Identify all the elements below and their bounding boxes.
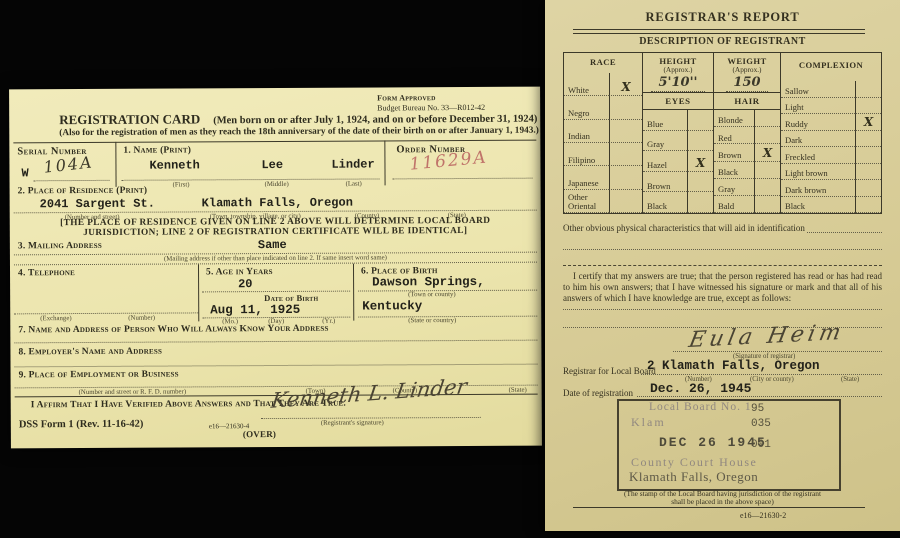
hair-color-row: Bald — [714, 196, 780, 213]
complexion-row: Light — [781, 98, 881, 115]
complexion-checkbox — [855, 147, 881, 164]
eye-color-row: HazelX — [643, 151, 713, 172]
eye-checkbox: X — [687, 151, 713, 172]
weight-header: WEIGHT — [714, 53, 780, 65]
date-of-birth-label: Date of Birth — [264, 293, 318, 303]
hair-color-row: Red — [714, 127, 780, 144]
race-row: Other Oriental — [564, 190, 642, 213]
hair-checkbox — [754, 179, 780, 196]
dotted-rule — [563, 249, 882, 250]
hair-checkbox — [754, 127, 780, 144]
complexion-rows: Sallow Light RuddyX Dark Freckled Light … — [781, 81, 881, 213]
stamp-board-line: Local Board No. 1 — [649, 401, 752, 413]
complexion-row: Freckled — [781, 147, 881, 164]
stamp-city-fragment: Klam — [631, 415, 666, 430]
birth-town-value: Dawson Springs, — [372, 275, 485, 290]
race-checkbox: X — [609, 73, 642, 96]
hair-color-label: Blonde — [714, 110, 754, 127]
name-first-value: Kenneth — [149, 158, 199, 172]
complexion-checkbox — [855, 197, 881, 214]
complexion-row: Light brown — [781, 164, 881, 181]
complexion-label: Dark — [781, 131, 855, 148]
race-row: WhiteX — [564, 73, 642, 96]
eye-color-label: Hazel — [643, 151, 687, 172]
complexion-checkbox: X — [855, 114, 881, 131]
caption-middle: (Middle) — [265, 181, 289, 188]
hair-checkbox: X — [754, 144, 780, 161]
dotted-rule — [34, 180, 110, 181]
over-note: (OVER) — [243, 429, 276, 439]
check-mark: X — [763, 146, 772, 161]
dotted-rule — [563, 309, 882, 310]
stamp-city-line: Klamath Falls, Oregon — [629, 469, 758, 485]
complexion-label: Freckled — [781, 147, 855, 164]
other-characteristics-row: Other obvious physical characteristics t… — [563, 223, 882, 233]
eye-checkbox — [687, 192, 713, 213]
race-label: Japanese — [564, 166, 609, 189]
residence-label: 2. Place of Residence (Print) — [18, 186, 148, 197]
complexion-checkbox — [855, 180, 881, 197]
hair-color-label: Black — [714, 162, 754, 179]
caption-registrant-signature: (Registrant's signature) — [321, 419, 384, 426]
weight-approx-label: (Approx.) — [714, 65, 780, 74]
employer-label: 8. Employer's Name and Address — [18, 347, 162, 358]
eye-checkbox — [687, 110, 713, 131]
hair-color-label: Brown — [714, 144, 754, 161]
eye-checkbox — [687, 131, 713, 152]
form-id: DSS Form 1 (Rev. 11-16-42) — [19, 419, 144, 431]
caption-first: (First) — [173, 181, 190, 188]
description-table: RACE WhiteX Negro Indian Filipino Japane… — [563, 52, 882, 214]
caption-town-county: (Town or county) — [408, 291, 456, 298]
height-value: 5'10'' — [651, 75, 704, 92]
dotted-rule — [393, 178, 533, 180]
dotted-rule — [14, 312, 198, 314]
age-value: 20 — [238, 277, 252, 291]
dotted-rule — [122, 178, 380, 180]
hair-color-label: Red — [714, 127, 754, 144]
dashed-rule — [563, 265, 882, 266]
dotted-rule — [15, 364, 538, 368]
stamp-caption-line2: shall be placed in the above space) — [563, 497, 882, 506]
caption-exchange: (Exchange) — [40, 315, 71, 322]
divider — [115, 142, 116, 187]
hair-color-row: Black — [714, 162, 780, 179]
other-characteristics-label: Other obvious physical characteristics t… — [563, 223, 805, 233]
double-rule — [573, 29, 865, 34]
hair-checkbox — [754, 196, 780, 213]
eye-color-label: Black — [643, 192, 687, 213]
jurisdiction-note-line2: JURISDICTION; LINE 2 OF REGISTRATION CER… — [10, 226, 541, 239]
complexion-header: COMPLEXION — [781, 53, 881, 81]
eye-color-row: Brown — [643, 172, 713, 193]
complexion-checkbox — [855, 164, 881, 181]
caption-state-country: (State or country) — [408, 317, 456, 324]
complexion-row: Dark — [781, 131, 881, 148]
check-mark: X — [696, 156, 705, 171]
dotted-rule — [673, 351, 882, 352]
hair-color-row: BrownX — [714, 144, 780, 161]
certification-text: I certify that my answers are true; that… — [563, 271, 882, 304]
local-board-stamp: Local Board No. 1 95 Klam 035 DEC 26 194… — [617, 399, 841, 491]
registrant-signature: Kenneth L. Linder — [270, 374, 469, 412]
complexion-checkbox — [855, 98, 881, 115]
card-subtitle: (Also for the registration of men as the… — [59, 126, 539, 139]
race-column: RACE WhiteX Negro Indian Filipino Japane… — [564, 53, 642, 213]
hair-color-row: Gray — [714, 179, 780, 196]
residence-city-value: Klamath Falls, Oregon — [202, 196, 353, 211]
race-header: RACE — [564, 53, 642, 73]
hair-rows: Blonde Red BrownX Black Gray Bald — [714, 110, 780, 213]
complexion-label: Light — [781, 98, 855, 115]
mailing-address-label: 3. Mailing Address — [18, 241, 102, 251]
eyes-rows: Blue Gray HazelX Brown Black — [643, 110, 713, 213]
dotted-rule — [641, 374, 882, 375]
race-label: Other Oriental — [564, 190, 609, 213]
mailing-address-value: Same — [258, 238, 287, 252]
eye-color-row: Black — [643, 192, 713, 213]
registrar-signature: Eula Heim — [687, 320, 847, 353]
dotted-rule — [637, 396, 882, 397]
divider — [353, 264, 354, 321]
name-label: 1. Name (Print) — [123, 145, 191, 155]
eye-color-label: Blue — [643, 110, 687, 131]
birth-state-value: Kentucky — [362, 299, 422, 313]
name-middle-value: Lee — [261, 158, 283, 172]
divider — [198, 264, 199, 321]
height-header: HEIGHT — [643, 53, 713, 65]
stamp-number-1: 95 — [751, 403, 764, 415]
date-of-registration-value: Dec. 26, 1945 — [650, 381, 751, 396]
hair-color-label: Gray — [714, 179, 754, 196]
complexion-column: COMPLEXION Sallow Light RuddyX Dark Frec… — [780, 53, 881, 213]
dotted-rule — [807, 232, 882, 233]
date-of-birth-value: Aug 11, 1925 — [210, 303, 300, 317]
complexion-label: Light brown — [781, 164, 855, 181]
hair-checkbox — [754, 162, 780, 179]
complexion-label: Dark brown — [781, 180, 855, 197]
contact-person-label: 7. Name and Address of Person Who Will A… — [18, 324, 328, 336]
stamp-number-2: 035 — [751, 418, 771, 430]
card-title: REGISTRATION CARD — [59, 111, 200, 127]
weight-value-cell: 150 — [714, 74, 780, 93]
hair-header: HAIR — [714, 93, 780, 110]
eyes-column: HEIGHT (Approx.) 5'10'' EYES Blue Gray H… — [642, 53, 713, 213]
eye-color-label: Brown — [643, 172, 687, 193]
scanned-draft-cards: Form Approved Budget Bureau No. 33—R012-… — [0, 0, 900, 538]
eye-checkbox — [687, 172, 713, 193]
height-approx-label: (Approx.) — [643, 65, 713, 74]
race-row: Filipino — [564, 143, 642, 166]
stamp-number-3: 001 — [751, 439, 771, 451]
residence-street-value: 2041 Sargent St. — [40, 197, 155, 212]
race-checkbox — [609, 120, 642, 143]
hair-color-row: Blonde — [714, 110, 780, 127]
caption-lb-city: (City or county) — [750, 376, 794, 383]
race-label: Indian — [564, 120, 609, 143]
rule — [573, 507, 865, 508]
race-row: Negro — [564, 96, 642, 119]
race-row: Japanese — [564, 166, 642, 189]
hair-checkbox — [754, 110, 780, 127]
dotted-rule — [14, 340, 537, 344]
race-checkbox — [609, 166, 642, 189]
caption-lb-state: (State) — [841, 376, 859, 383]
weight-value: 150 — [726, 75, 767, 92]
telephone-label: 4. Telephone — [18, 268, 75, 278]
race-checkbox — [609, 143, 642, 166]
caption-last: (Last) — [346, 181, 362, 188]
caption-number: (Number) — [128, 315, 155, 322]
local-board-value: 2 Klamath Falls, Oregon — [647, 359, 820, 373]
race-label: White — [564, 73, 609, 96]
race-label: Negro — [564, 96, 609, 119]
stamp-courthouse-line: County Court House — [631, 455, 757, 470]
complexion-checkbox — [855, 131, 881, 148]
eyes-header: EYES — [643, 93, 713, 110]
eye-color-label: Gray — [643, 131, 687, 152]
complexion-label: Ruddy — [781, 114, 855, 131]
complexion-row: Dark brown — [781, 180, 881, 197]
serial-prefix: W — [21, 166, 28, 180]
complexion-row: Black — [781, 197, 881, 214]
race-label: Filipino — [564, 143, 609, 166]
eye-color-row: Blue — [643, 110, 713, 131]
report-subtitle: DESCRIPTION OF REGISTRANT — [545, 36, 900, 47]
complexion-row: RuddyX — [781, 114, 881, 131]
race-checkbox — [609, 96, 642, 119]
race-checkbox — [609, 190, 642, 213]
registration-card: Form Approved Budget Bureau No. 33—R012-… — [9, 87, 542, 449]
employment-place-label: 9. Place of Employment or Business — [19, 370, 179, 381]
divider — [384, 140, 385, 185]
hair-column: WEIGHT (Approx.) 150 HAIR Blonde Red Bro… — [713, 53, 780, 213]
registrars-report: REGISTRAR'S REPORT DESCRIPTION OF REGIST… — [545, 0, 900, 531]
race-rows: WhiteX Negro Indian Filipino Japanese Ot… — [564, 73, 642, 213]
card-title-note: (Men born on or after July 1, 1924, and … — [213, 114, 537, 127]
complexion-checkbox — [855, 81, 881, 98]
hair-color-label: Bald — [714, 196, 754, 213]
serial-number-value: 104A — [43, 152, 95, 176]
complexion-label: Sallow — [781, 81, 855, 98]
report-title: REGISTRAR'S REPORT — [545, 10, 900, 25]
age-label: 5. Age in Years — [206, 267, 273, 277]
check-mark: X — [864, 115, 873, 130]
complexion-label: Black — [781, 197, 855, 214]
race-row: Indian — [564, 120, 642, 143]
eye-color-row: Gray — [643, 131, 713, 152]
date-of-registration-label: Date of registration — [563, 388, 633, 398]
name-last-value: Linder — [331, 157, 374, 171]
complexion-row: Sallow — [781, 81, 881, 98]
report-print-code: e16—21630-2 — [740, 511, 786, 520]
check-mark: X — [621, 80, 630, 95]
height-value-cell: 5'10'' — [643, 74, 713, 93]
